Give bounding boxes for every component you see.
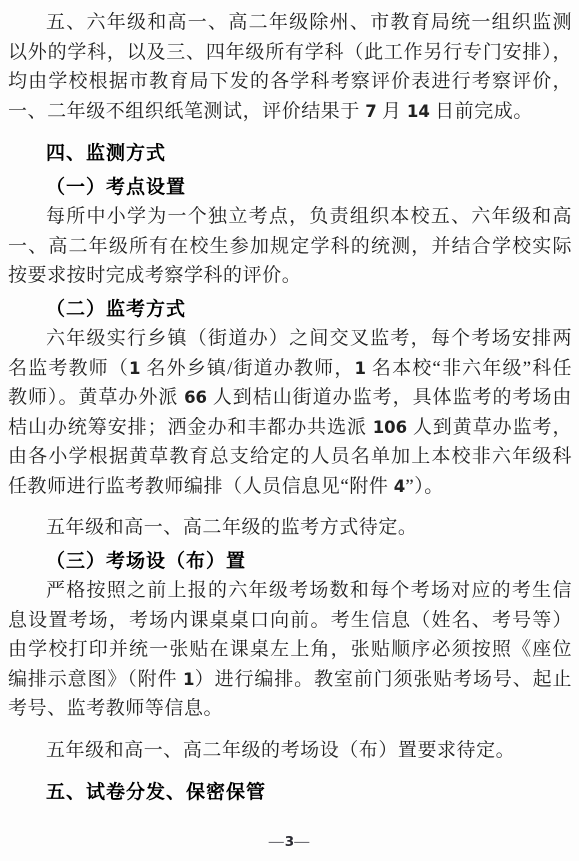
numeric-text: 1 (183, 670, 194, 689)
text-run: 名外乡镇/街道办教师， (140, 358, 354, 379)
section-heading: 五、试卷分发、保密保管 (8, 778, 572, 808)
text-run: 月 (377, 101, 407, 122)
text-run: 五年级和高一、高二年级的考场设（布）置要求待定。 (46, 740, 515, 761)
text-run: 五年级和高一、高二年级的监考方式待定。 (46, 517, 417, 538)
document-body: 五、六年级和高一、高二年级除州、市教育局统一组织监测以外的学科，以及三、四年级所… (0, 0, 579, 808)
text-run: （三）考场设（布）置 (46, 551, 246, 572)
page-number-dash: — (269, 834, 285, 850)
body-paragraph: 严格按照之前上报的六年级考场数和每个考场对应的考生信息设置考场，考场内课桌桌口向… (8, 576, 572, 724)
numeric-text: 1 (355, 359, 366, 378)
text-run: 四、监测方式 (46, 143, 166, 164)
text-run: 五、试卷分发、保密保管 (46, 782, 266, 803)
body-paragraph: 五年级和高一、高二年级的监考方式待定。 (8, 513, 572, 543)
numeric-text: 7 (365, 102, 376, 121)
document-page: 五、六年级和高一、高二年级除州、市教育局统一组织监测以外的学科，以及三、四年级所… (0, 0, 579, 861)
text-run: （一）考点设置 (46, 177, 186, 198)
text-run: （二）监考方式 (46, 299, 186, 320)
numeric-text: 66 (184, 388, 207, 407)
numeric-text: 1 (129, 359, 140, 378)
text-run: 每所中小学为一个独立考点，负责组织本校五、六年级和高一、高二年级所有在校生参加规… (8, 206, 572, 286)
page-number-dash: — (294, 834, 310, 850)
body-paragraph: 五年级和高一、高二年级的考场设（布）置要求待定。 (8, 736, 572, 766)
body-paragraph: 每所中小学为一个独立考点，负责组织本校五、六年级和高一、高二年级所有在校生参加规… (8, 202, 572, 291)
subsection-heading: （三）考场设（布）置 (8, 547, 572, 577)
numeric-text: 14 (407, 102, 430, 121)
subsection-heading: （一）考点设置 (8, 173, 572, 203)
numeric-text: 4 (394, 477, 405, 496)
page-number: —3— (269, 834, 310, 850)
subsection-heading: （二）监考方式 (8, 295, 572, 325)
page-number-digit: 3 (285, 834, 294, 850)
text-run: 日前完成。 (430, 101, 533, 122)
numeric-text: 106 (373, 418, 407, 437)
text-run: ”）。 (405, 476, 444, 497)
section-heading: 四、监测方式 (8, 139, 572, 169)
page-footer: —3— (0, 834, 579, 851)
body-paragraph: 五、六年级和高一、高二年级除州、市教育局统一组织监测以外的学科，以及三、四年级所… (8, 8, 572, 126)
body-paragraph: 六年级实行乡镇（街道办）之间交叉监考，每个考场安排两名监考教师（1 名外乡镇/街… (8, 324, 572, 501)
